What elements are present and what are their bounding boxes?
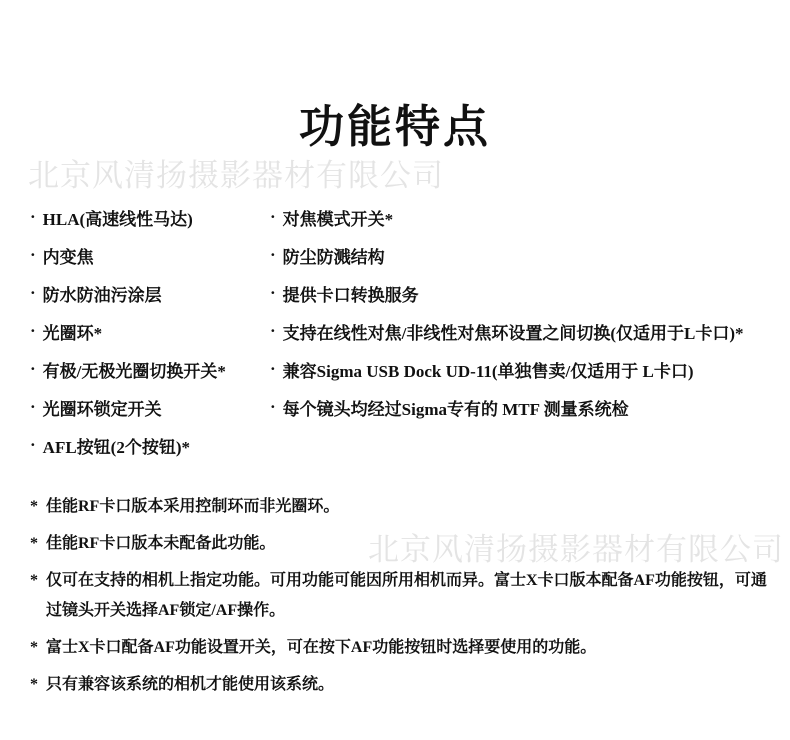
- feature-item: · 兼容Sigma USB Dock UD-11(单独售卖/仅适用于 L卡口): [270, 350, 782, 388]
- bullet-icon: ·: [270, 207, 276, 227]
- feature-item: · 提供卡口转换服务: [270, 274, 782, 312]
- page-title: 功能特点: [0, 90, 790, 155]
- bullet-icon: ·: [270, 397, 276, 417]
- bullet-icon: ·: [270, 321, 276, 341]
- bullet-icon: ·: [30, 321, 36, 341]
- bullet-icon: ·: [270, 359, 276, 379]
- bullet-icon: ·: [30, 245, 36, 265]
- footnote: * 仅可在支持的相机上指定功能。可用功能可能因所用相机而异。富士X卡口版本配备A…: [30, 566, 778, 626]
- footnote-text: 佳能RF卡口版本采用控制环而非光圈环。: [46, 492, 778, 522]
- bullet-icon: ·: [30, 435, 36, 455]
- footnote: * 富士X卡口配备AF功能设置开关，可在按下AF功能按钮时选择要使用的功能。: [30, 633, 778, 663]
- feature-item: · 光圈环*: [30, 312, 270, 350]
- feature-text: 支持在线性对焦/非线性对焦环设置之间切换(仅适用于L卡口)*: [283, 319, 744, 344]
- feature-item: · 每个镜头均经过Sigma专有的 MTF 测量系统检: [270, 388, 782, 426]
- feature-list: · HLA(高速线性马达) · 内变焦 · 防水防油污涂层 · 光圈环* · 有…: [30, 198, 782, 464]
- feature-text: 内变焦: [43, 243, 94, 268]
- feature-text: 光圈环*: [43, 319, 103, 344]
- feature-text: 每个镜头均经过Sigma专有的 MTF 测量系统检: [283, 395, 629, 420]
- product-description-page: 功能特点 北京风清扬摄影器材有限公司 北京风清扬摄影器材有限公司 · HLA(高…: [0, 0, 790, 740]
- feature-text: 有极/无极光圈切换开关*: [43, 357, 226, 382]
- footnote-text: 佳能RF卡口版本未配备此功能。: [46, 529, 778, 559]
- bullet-icon: ·: [30, 283, 36, 303]
- feature-item: · AFL按钮(2个按钮)*: [30, 426, 270, 464]
- footnote: * 佳能RF卡口版本未配备此功能。: [30, 529, 778, 559]
- asterisk-marker: *: [30, 566, 46, 626]
- bullet-icon: ·: [30, 359, 36, 379]
- asterisk-marker: *: [30, 670, 46, 700]
- feature-item: · 光圈环锁定开关: [30, 388, 270, 426]
- feature-item: · 防尘防溅结构: [270, 236, 782, 274]
- bullet-icon: ·: [270, 245, 276, 265]
- footnote-text: 仅可在支持的相机上指定功能。可用功能可能因所用相机而异。富士X卡口版本配备AF功…: [46, 566, 778, 626]
- watermark-top: 北京风清扬摄影器材有限公司: [28, 150, 444, 195]
- feature-text: 对焦模式开关*: [283, 205, 394, 230]
- feature-column-right: · 对焦模式开关* · 防尘防溅结构 · 提供卡口转换服务 · 支持在线性对焦/…: [270, 198, 782, 426]
- bullet-icon: ·: [30, 397, 36, 417]
- bullet-icon: ·: [270, 283, 276, 303]
- feature-text: AFL按钮(2个按钮)*: [43, 433, 190, 458]
- feature-text: 防水防油污涂层: [43, 281, 162, 306]
- asterisk-marker: *: [30, 633, 46, 663]
- footnote-text: 富士X卡口配备AF功能设置开关，可在按下AF功能按钮时选择要使用的功能。: [46, 633, 778, 663]
- feature-text: 兼容Sigma USB Dock UD-11(单独售卖/仅适用于 L卡口): [283, 357, 694, 382]
- feature-item: · 对焦模式开关*: [270, 198, 782, 236]
- feature-text: 光圈环锁定开关: [43, 395, 162, 420]
- footnote: * 佳能RF卡口版本采用控制环而非光圈环。: [30, 492, 778, 522]
- feature-item: · 支持在线性对焦/非线性对焦环设置之间切换(仅适用于L卡口)*: [270, 312, 782, 350]
- feature-item: · 内变焦: [30, 236, 270, 274]
- feature-text: 防尘防溅结构: [283, 243, 385, 268]
- feature-item: · HLA(高速线性马达): [30, 198, 270, 236]
- feature-column-left: · HLA(高速线性马达) · 内变焦 · 防水防油污涂层 · 光圈环* · 有…: [30, 198, 270, 464]
- footnote-text: 只有兼容该系统的相机才能使用该系统。: [46, 670, 778, 700]
- footnotes-section: * 佳能RF卡口版本采用控制环而非光圈环。 * 佳能RF卡口版本未配备此功能。 …: [30, 492, 778, 707]
- footnote: * 只有兼容该系统的相机才能使用该系统。: [30, 670, 778, 700]
- feature-text: 提供卡口转换服务: [283, 281, 419, 306]
- asterisk-marker: *: [30, 529, 46, 559]
- feature-text: HLA(高速线性马达): [43, 205, 193, 230]
- bullet-icon: ·: [30, 207, 36, 227]
- feature-item: · 有极/无极光圈切换开关*: [30, 350, 270, 388]
- feature-item: · 防水防油污涂层: [30, 274, 270, 312]
- asterisk-marker: *: [30, 492, 46, 522]
